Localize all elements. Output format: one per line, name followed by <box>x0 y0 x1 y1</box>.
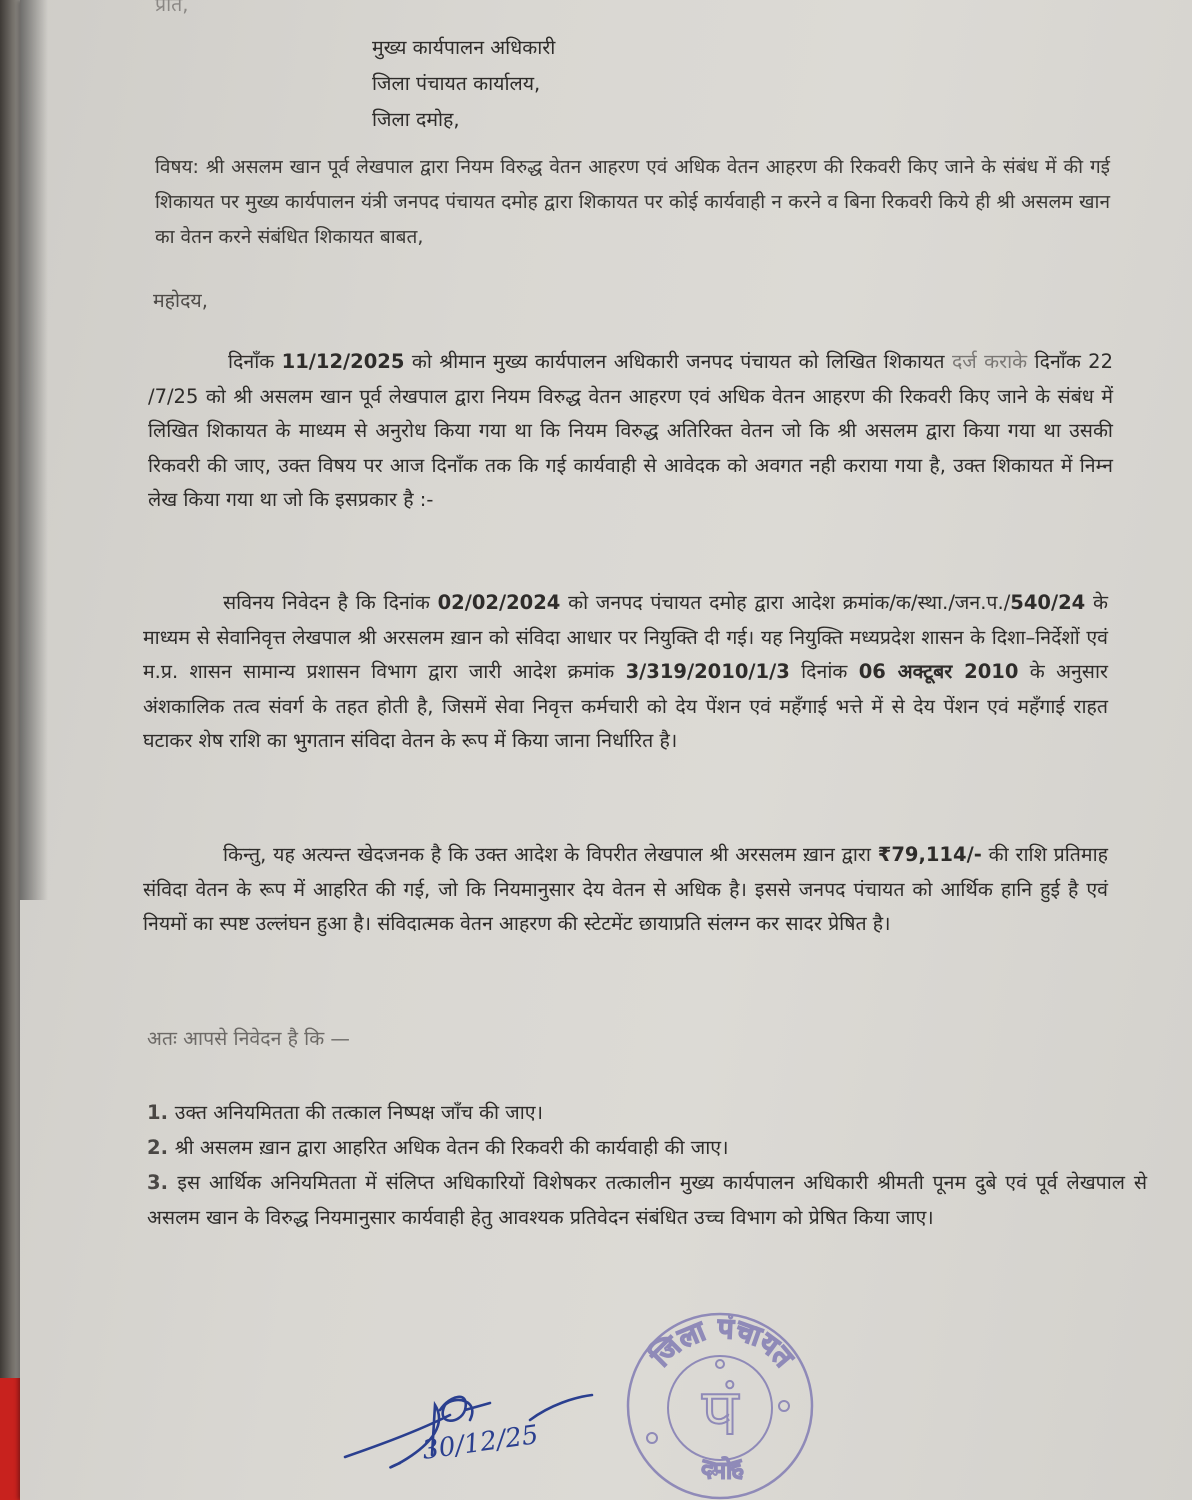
subject-line: विषय: श्री असलम खान पूर्व लेखपाल द्वारा … <box>155 150 1110 255</box>
request-list: 1. उक्त अनियमितता की तत्काल निष्पक्ष जाँ… <box>147 1095 1147 1235</box>
request-number: 2. <box>147 1136 175 1159</box>
request-intro: अतः आपसे निवेदन है कि — <box>147 1022 350 1057</box>
request-item: 2. श्री असलम ख़ान द्वारा आहरित अधिक वेतन… <box>147 1130 1147 1165</box>
greeting: महोदय, <box>153 284 208 319</box>
request-item: 1. उक्त अनियमितता की तत्काल निष्पक्ष जाँ… <box>147 1095 1147 1130</box>
appointment-date: 02/02/2024 <box>438 591 561 614</box>
addressee-line-2: जिला पंचायत कार्यालय, <box>372 66 555 102</box>
letter-page: प्रति, मुख्य कार्यपालन अधिकारी जिला पंचा… <box>20 0 1192 1500</box>
paragraph-complaint-reference: दिनाँक 11/12/2025 को श्रीमान मुख्य कार्य… <box>148 345 1113 518</box>
salutation-to: प्रति, <box>155 0 188 23</box>
salary-amount: ₹79,114/- <box>878 843 982 866</box>
stamp-center-glyph: पं <box>702 1376 740 1450</box>
complaint-date: 11/12/2025 <box>282 350 405 373</box>
request-number: 3. <box>147 1171 177 1194</box>
request-item: 3. इस आर्थिक अनियमितता में संलिप्त अधिका… <box>147 1165 1147 1235</box>
request-text: उक्त अनियमितता की तत्काल निष्पक्ष जाँच क… <box>175 1101 543 1124</box>
stamp-bottom-text: दमोह <box>697 1453 748 1485</box>
govt-order-number: 3/319/2010/1/3 <box>626 660 790 683</box>
addressee-line-1: मुख्य कार्यपालन अधिकारी <box>372 30 555 66</box>
request-text: इस आर्थिक अनियमितता में संलिप्त अधिकारिय… <box>147 1171 1147 1229</box>
official-stamp: जिला पंचायत पं दमोह <box>622 1308 818 1500</box>
page-edge-shadow <box>20 0 48 900</box>
addressee-block: मुख्य कार्यपालन अधिकारी जिला पंचायत कार्… <box>372 30 555 138</box>
govt-order-date: 06 अक्टूबर 2010 <box>859 660 1019 683</box>
paragraph-appointment-details: सविनय निवेदन है कि दिनांक 02/02/2024 को … <box>143 586 1108 759</box>
request-number: 1. <box>147 1101 175 1124</box>
red-cloth-background <box>0 1378 22 1500</box>
stamp-top-text: जिला पंचायत <box>644 1312 801 1374</box>
request-text: श्री असलम ख़ान द्वारा आहरित अधिक वेतन की… <box>175 1136 729 1159</box>
addressee-line-3: जिला दमोह, <box>372 102 555 138</box>
paragraph-excess-salary: किन्तु, यह अत्यन्त खेदजनक है कि उक्त आदे… <box>143 838 1108 942</box>
order-number: 540/24 <box>1010 591 1085 614</box>
